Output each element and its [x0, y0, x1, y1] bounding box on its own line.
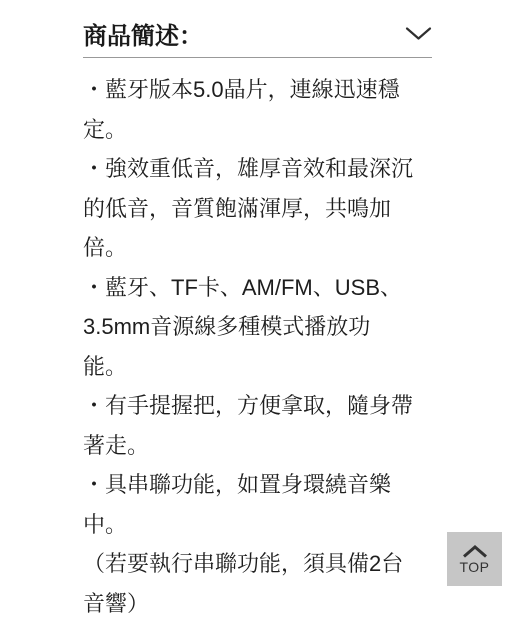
description-line: ・有手提握把，方便拿取，隨身帶 [83, 386, 432, 426]
product-summary-header[interactable]: 商品簡述： [83, 0, 432, 49]
description-line: ・強效重低音，雄厚音效和最深沉 [83, 149, 432, 189]
product-summary-section: 商品簡述： ・藍牙版本5.0晶片，連線迅速穩 定。 ・強效重低音，雄厚音效和最深… [83, 0, 432, 623]
description-line: ・藍牙版本5.0晶片，連線迅速穩 [83, 70, 432, 110]
description-line: ・具串聯功能，如置身環繞音樂 [83, 465, 432, 505]
back-to-top-button[interactable]: TOP [447, 532, 502, 586]
description-line: 倍。 [83, 228, 432, 268]
description-line: （若要執行串聯功能，須具備2台 [83, 544, 432, 584]
description-line: 能。 [83, 347, 432, 387]
description-line: 著走。 [83, 426, 432, 466]
chevron-up-icon [460, 544, 490, 559]
product-description-text: ・藍牙版本5.0晶片，連線迅速穩 定。 ・強效重低音，雄厚音效和最深沉 的低音，… [83, 70, 432, 623]
description-line: 音響） [83, 584, 432, 624]
chevron-down-icon[interactable] [405, 25, 432, 42]
section-title: 商品簡述： [83, 16, 203, 51]
section-divider [83, 57, 432, 58]
description-line: 定。 [83, 110, 432, 150]
back-to-top-label: TOP [459, 560, 489, 574]
description-line: 的低音，音質飽滿渾厚，共鳴加 [83, 189, 432, 229]
description-line: 3.5mm音源線多種模式播放功 [83, 307, 432, 347]
description-line: ・藍牙、TF卡、AM/FM、USB、 [83, 268, 432, 308]
description-line: 中。 [83, 505, 432, 545]
